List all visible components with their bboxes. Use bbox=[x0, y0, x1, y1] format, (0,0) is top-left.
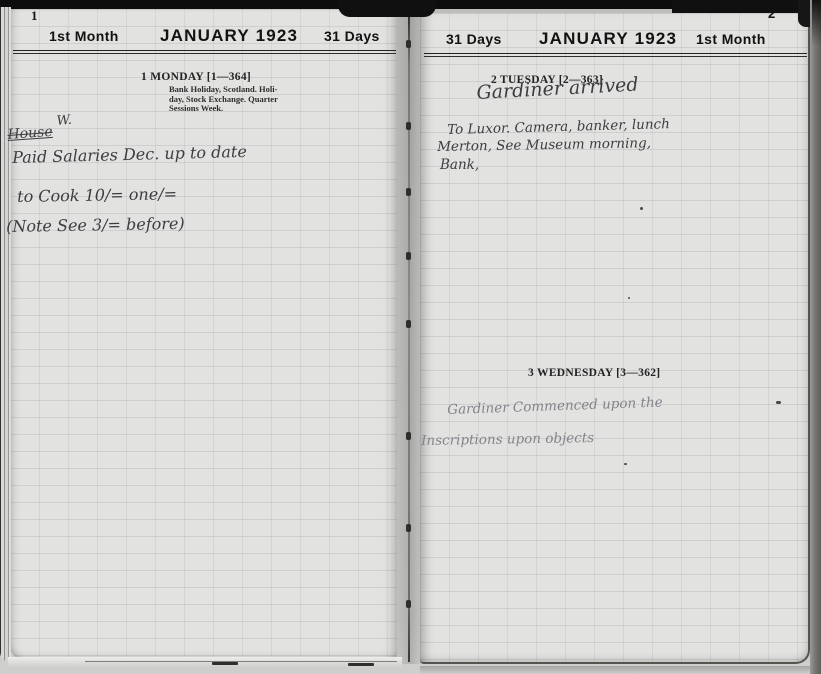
bottom-right-shadow bbox=[420, 666, 810, 674]
handwriting-monday-line3: (Note See 3/= before) bbox=[6, 214, 185, 236]
handwriting-annotation-w: W. bbox=[56, 113, 72, 129]
binding-stitch bbox=[406, 524, 411, 532]
folio-number-left: 1 bbox=[31, 8, 38, 24]
binding-stitch bbox=[406, 320, 411, 328]
header-days-right: 31 Days bbox=[446, 31, 502, 47]
binding-stitch bbox=[406, 188, 411, 196]
ink-speck bbox=[624, 463, 627, 465]
binding-stitch bbox=[406, 122, 411, 130]
bottom-shadow-line bbox=[85, 661, 397, 662]
page-bottom-edge bbox=[8, 657, 402, 667]
binding-stitch bbox=[406, 252, 411, 260]
handwriting-tuesday-line3: Bank, bbox=[440, 157, 479, 173]
header-ordinal-left: 1st Month bbox=[49, 28, 119, 44]
handwriting-wednesday-line2: Inscriptions upon objects bbox=[421, 430, 594, 449]
day-heading-wednesday: 3 WEDNESDAY [3—362] bbox=[528, 367, 660, 379]
gutter-shadow bbox=[390, 9, 432, 664]
header-rule-left bbox=[13, 50, 396, 54]
header-rule-right bbox=[424, 53, 807, 57]
bottom-edge-mark bbox=[212, 662, 238, 665]
page-stack-right-edge-shadow bbox=[812, 0, 821, 46]
bottom-edge-mark bbox=[348, 663, 374, 666]
handwriting-annotation-house: House bbox=[7, 124, 53, 143]
binding-line bbox=[408, 12, 410, 662]
binding-stitch bbox=[406, 600, 411, 608]
binding-stitch bbox=[406, 432, 411, 440]
day-heading-monday: 1 MONDAY [1—364] bbox=[141, 71, 251, 83]
handwriting-monday-line2: to Cook 10/= one/= bbox=[17, 184, 177, 206]
ink-speck bbox=[776, 401, 781, 404]
ink-speck bbox=[640, 207, 643, 210]
header-title-left: JANUARY 1923 bbox=[160, 26, 298, 46]
diary-scan: 1 1st Month JANUARY 1923 31 Days 1 MONDA… bbox=[0, 0, 821, 674]
header-days-left: 31 Days bbox=[324, 28, 380, 44]
page-stack-right-edge bbox=[810, 0, 821, 674]
header-title-right: JANUARY 1923 bbox=[539, 29, 677, 49]
folio-number-right: 2 bbox=[768, 6, 775, 21]
binding-stitch bbox=[406, 40, 411, 48]
diary-page-right bbox=[420, 13, 810, 664]
ink-speck bbox=[628, 297, 630, 299]
header-ordinal-right: 1st Month bbox=[696, 31, 766, 47]
page-stack-left-edge bbox=[0, 7, 11, 662]
book-top-edge-gutter bbox=[338, 0, 436, 17]
printed-note-line: Sessions Week. bbox=[169, 104, 223, 114]
